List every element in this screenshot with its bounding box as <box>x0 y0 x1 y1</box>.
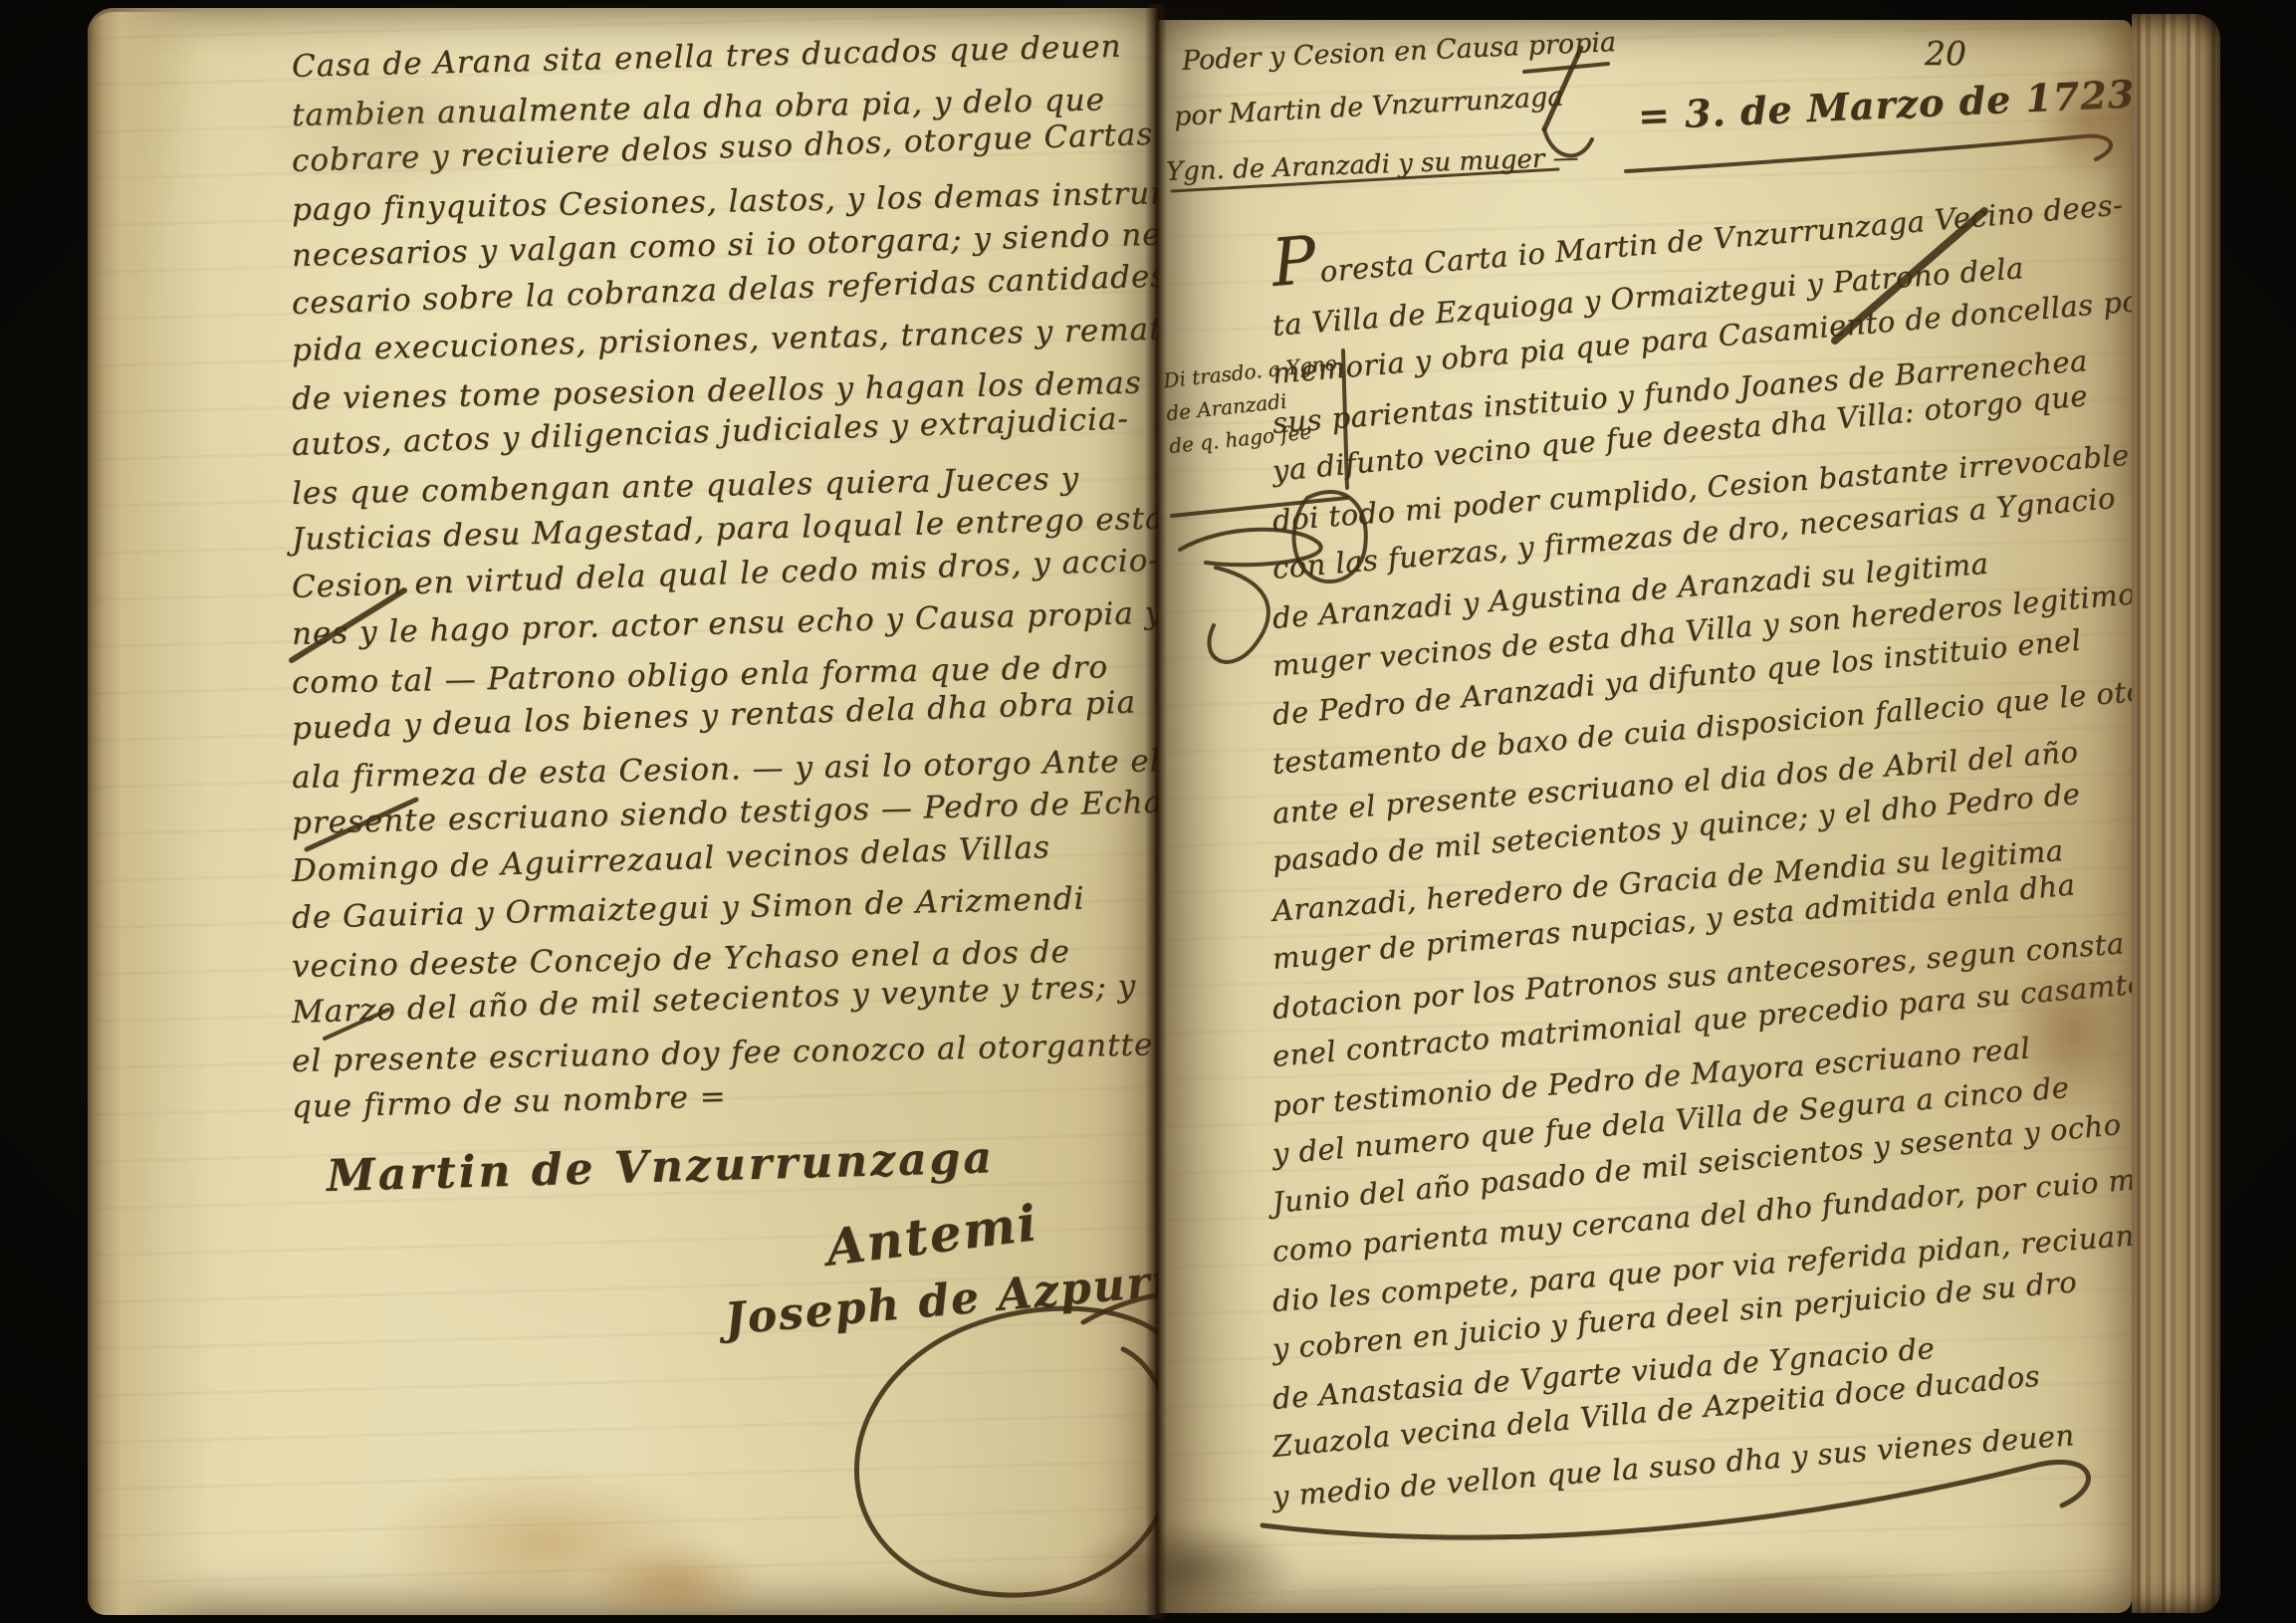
paper-stain <box>1556 1553 1974 1613</box>
deed-date: = 3. de Marzo de 1723 = <box>1637 69 2132 138</box>
deed-title-line: Ygn. de Aranzadi y su muger — <box>1165 143 1578 187</box>
paper-stain <box>585 1541 765 1615</box>
book-gutter <box>1145 4 1167 1619</box>
page-edge-stack <box>2132 14 2220 1613</box>
signature-notary-joseph: Joseph de Azpuru <box>723 1255 1158 1345</box>
date-underline <box>1626 136 2111 171</box>
signature-martin-de-unzurrunzaga: Martin de Vnzurrunzaga <box>326 1132 995 1202</box>
left-page-torn-edge <box>88 12 217 1615</box>
left-page: Casa de Arana sita enella tres ducados q… <box>88 8 1158 1615</box>
right-page-text-block: Poresta Carta io Martin de Vnzurrunzaga … <box>1272 241 2132 1520</box>
paper-stain <box>376 1467 715 1615</box>
signature-loop-flourish <box>856 1308 1158 1595</box>
notarial-paraph <box>1524 64 1608 72</box>
manuscript-photo: Casa de Arana sita enella tres ducados q… <box>0 0 2296 1623</box>
deed-title-line: por Martin de Vnzurrunzaga <box>1173 82 1564 132</box>
book-spread: Casa de Arana sita enella tres ducados q… <box>88 4 2220 1619</box>
folio-number: 20 <box>1925 34 1966 73</box>
attestation-ante-mi: Antemi <box>822 1193 1041 1277</box>
left-page-text-block: Casa de Arana sita enella tres ducados q… <box>292 44 1158 1132</box>
deed-title-line: Poder y Cesion en Causa propia <box>1181 27 1616 77</box>
right-page: Poder y Cesion en Causa propia por Marti… <box>1158 20 2132 1613</box>
margin-note-rubric <box>1210 568 1268 662</box>
